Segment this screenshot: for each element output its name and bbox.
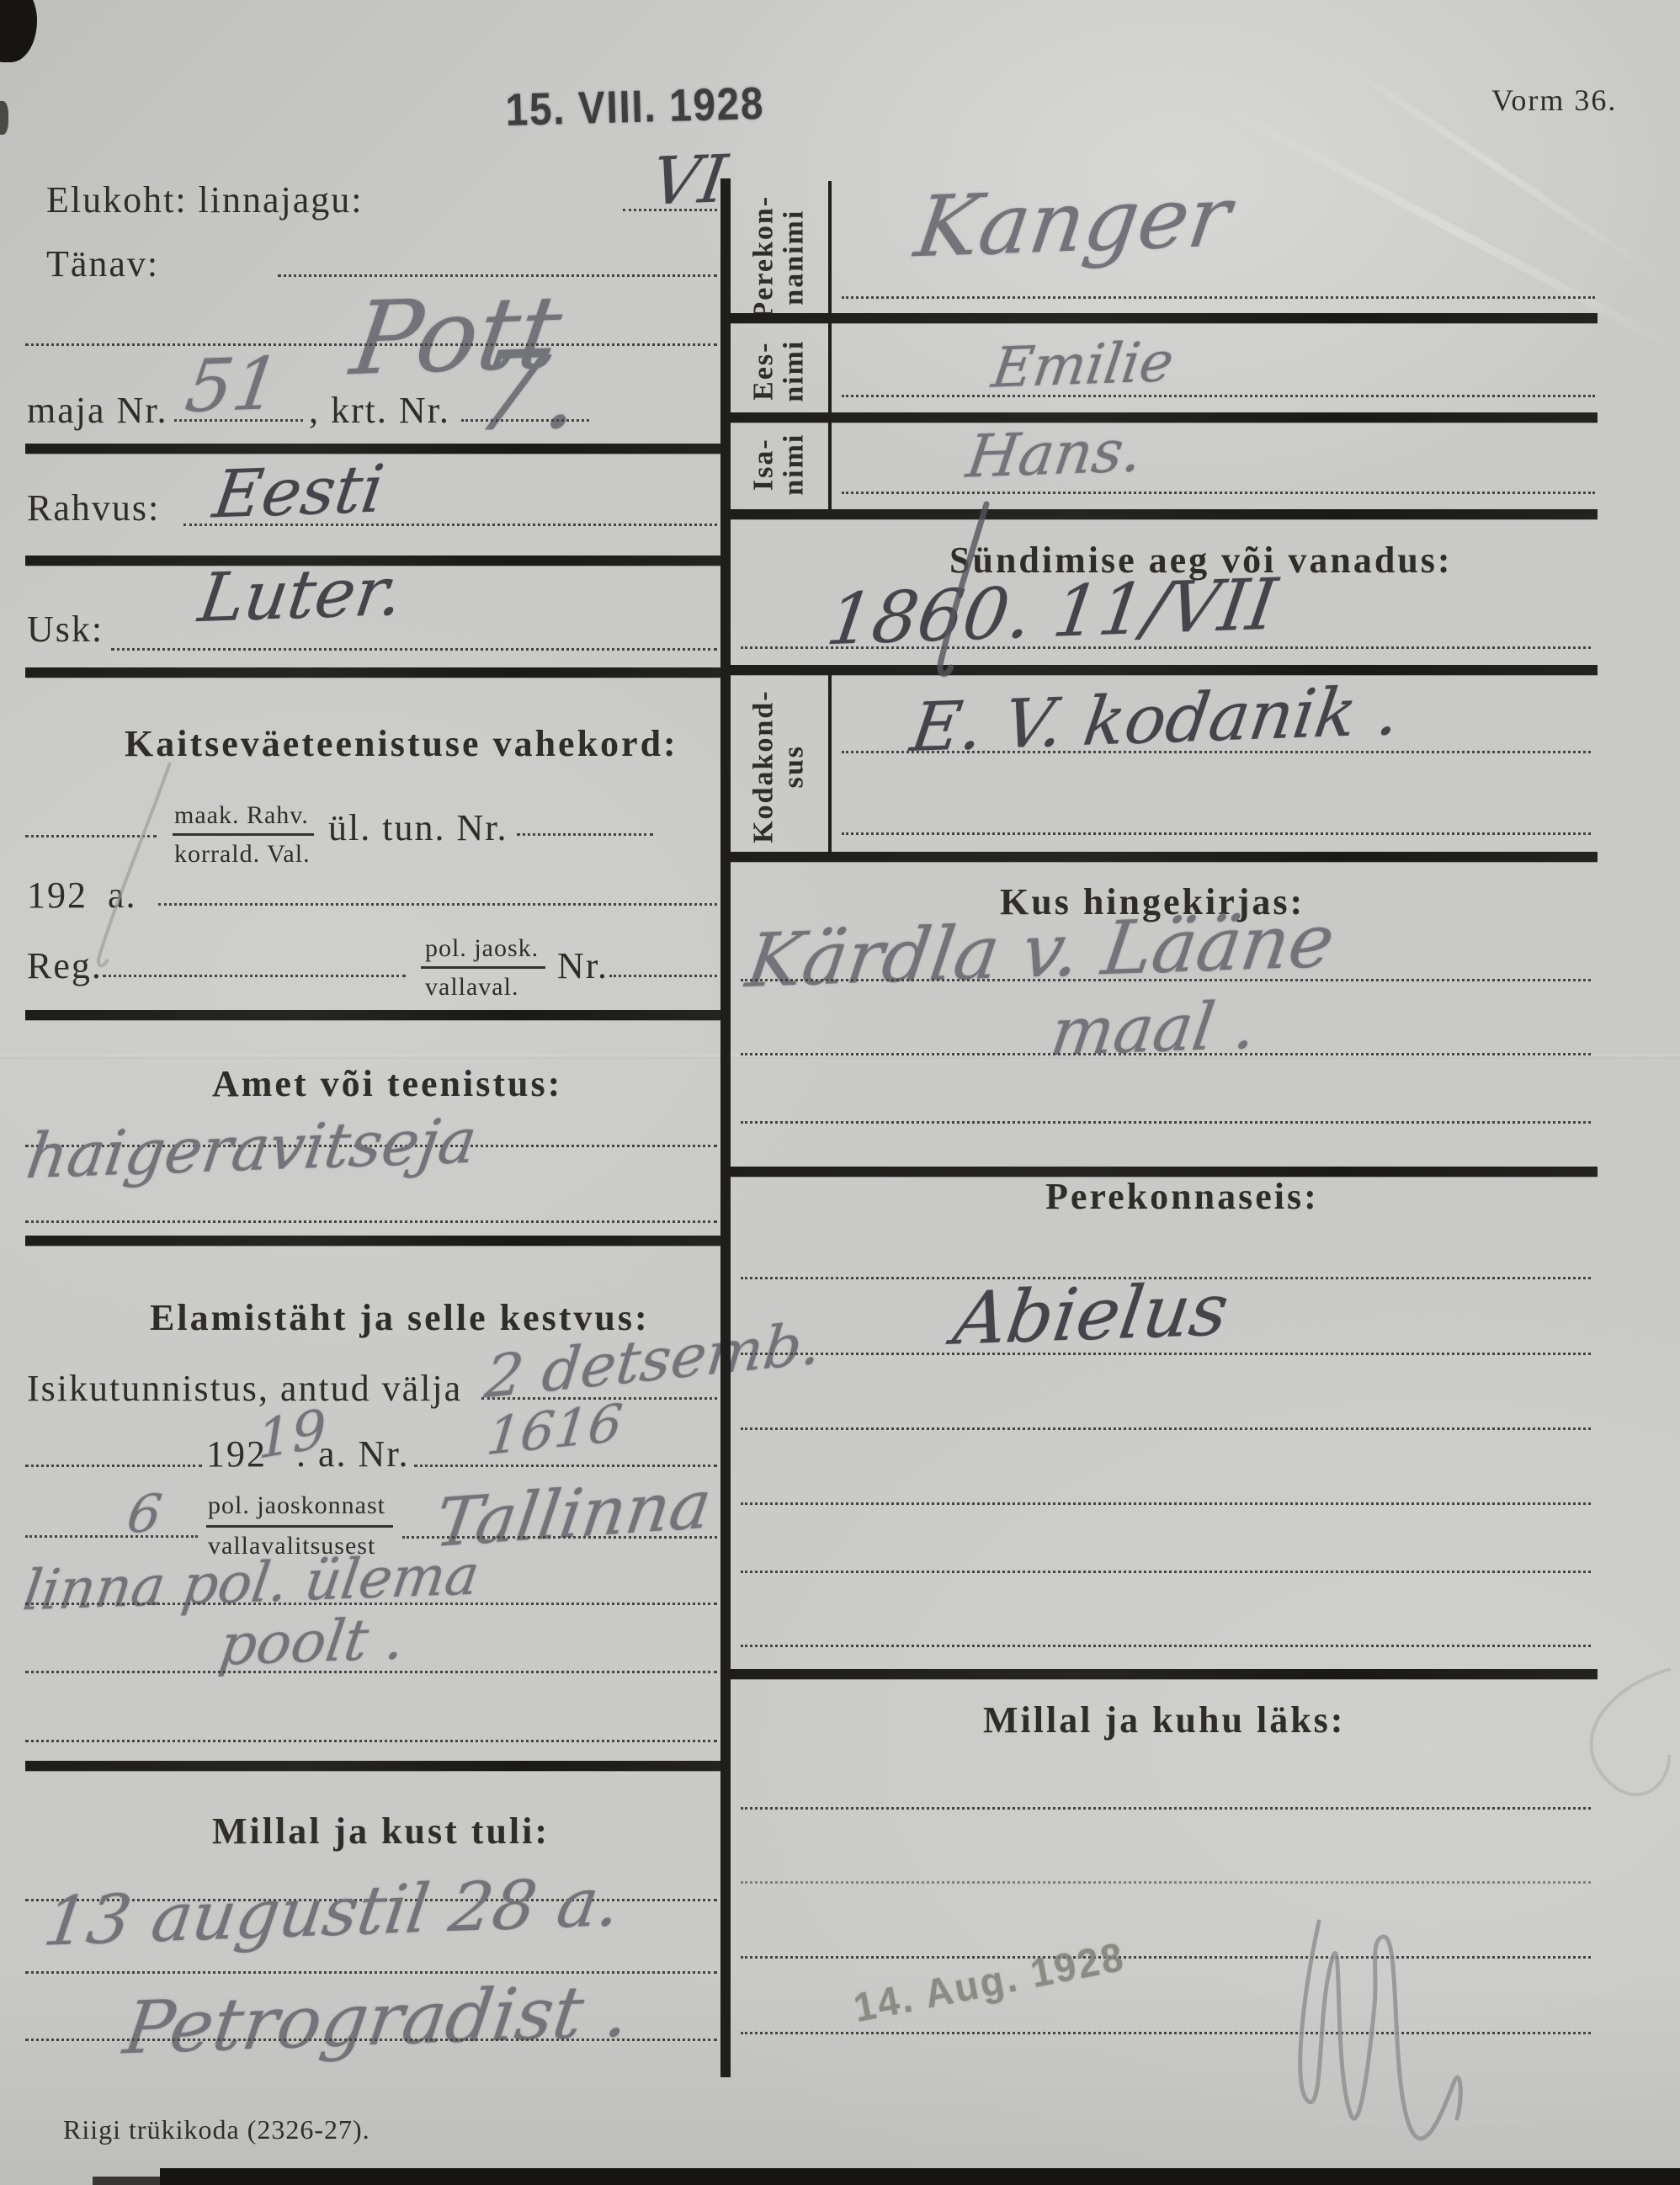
dotted-line [461, 419, 589, 422]
tuli-line2: Petrogradist . [119, 1970, 635, 2071]
dotted-line [609, 975, 717, 977]
isanimi-value: Hans. [963, 416, 1147, 491]
dotted-line [741, 1053, 1591, 1055]
amet-heading: Amet või teenistus: [212, 1062, 562, 1105]
section-divider-bar [25, 1010, 722, 1020]
printer-note: Riigi trükikoda (2326-27). [63, 2114, 370, 2145]
label-cell-divider [828, 323, 832, 412]
section-divider-bar [25, 667, 722, 678]
rahvus-label: Rahvus: [27, 486, 160, 529]
dotted-line [402, 1536, 717, 1539]
perekonnanimi-vertical-label: Perekon- nanimi [748, 186, 808, 329]
signature-scribble [1284, 1906, 1486, 2176]
edge-mark [0, 101, 8, 135]
dotted-line [25, 1740, 717, 1742]
maja-value: 51 [181, 342, 285, 429]
year-printed: 192 [27, 874, 88, 917]
label-cell-divider [828, 423, 832, 509]
tuli-heading: Millal ja kust tuli: [212, 1810, 550, 1853]
eesnimi-value: Emilie [988, 329, 1178, 400]
tanav-label: Tänav: [46, 242, 159, 285]
section-divider-bar [731, 665, 1598, 675]
section-divider-bar [25, 1761, 722, 1771]
maja-label: maja Nr. [27, 389, 168, 432]
usk-label: Usk: [27, 608, 104, 651]
label-cell-divider [828, 675, 832, 852]
maak-fraction-bottom: korrald. Val. [174, 840, 311, 869]
dotted-line [183, 524, 717, 526]
bottom-page-edge [160, 2168, 1680, 2185]
dotted-line [741, 1645, 1591, 1647]
date-stamp-top: 15. VIII. 1928 [505, 77, 765, 136]
dotted-line [842, 395, 1595, 397]
tuli-line1: 13 augustil 28 a. [40, 1863, 625, 1961]
isanimi-vertical-label: Isa- nimi [748, 406, 808, 524]
label-cell-divider [828, 181, 832, 313]
section-divider-bar [731, 412, 1598, 423]
seis-value: Abielus [949, 1268, 1234, 1361]
form-number: Vorm 36. [1491, 82, 1617, 118]
pol-fraction-bottom: vallaval. [425, 973, 518, 1002]
dotted-line [741, 979, 1591, 981]
pencil-loop-mark [1544, 1662, 1679, 1805]
fraction-rule [173, 833, 314, 836]
section-divider-bar [25, 1236, 722, 1246]
krt-value: 7. [466, 325, 589, 456]
pol-nr-label: Nr. [557, 944, 609, 987]
amet-value: haigeravitseja [22, 1105, 481, 1193]
dotted-line [741, 1427, 1591, 1430]
dotted-line [25, 1465, 202, 1467]
maak-fraction-top: maak. Rahv. [174, 801, 309, 830]
jaosk-top: pol. jaoskonnast [208, 1491, 385, 1520]
dotted-line [741, 1807, 1591, 1810]
dotted-line [25, 1220, 717, 1223]
dotted-line [741, 1502, 1591, 1505]
bottom-page-edge-taper [93, 2177, 168, 2185]
dotted-line [741, 646, 1591, 649]
hinge-line2: maal . [1046, 988, 1262, 1071]
date-stamp-bottom: 14. Aug. 1928 [850, 1934, 1129, 2032]
scanned-registration-form: 15. VIII. 1928 Vorm 36. Elukoht: linnaja… [0, 0, 1680, 2185]
dotted-line [174, 419, 303, 422]
kaitse-heading: Kaitseväeteenistuse vahekord: [125, 722, 678, 765]
perekonnanimi-value: Kanger [910, 167, 1236, 277]
section-divider-bar [731, 1669, 1598, 1679]
year2-suffix: . a. Nr. [296, 1433, 410, 1475]
dotted-line [741, 1121, 1591, 1124]
isiku-label: Isikutunnistus, antud välja [27, 1367, 462, 1410]
ul-tun-label: ül. tun. Nr. [328, 806, 508, 849]
section-divider-bar [731, 852, 1598, 862]
pencil-diagonal-mark [84, 758, 185, 976]
dotted-line [517, 833, 653, 836]
dotted-line [25, 1535, 198, 1538]
krt-label: , krt. Nr. [309, 389, 450, 432]
dotted-line [842, 492, 1595, 494]
dotted-line [842, 832, 1591, 835]
fraction-rule [421, 966, 545, 969]
seis-heading: Perekonnaseis: [1045, 1175, 1319, 1218]
rahvus-value: Eesti [209, 452, 388, 534]
fraction-rule [206, 1525, 393, 1528]
laks-heading: Millal ja kuhu läks: [983, 1699, 1345, 1741]
dotted-line [623, 209, 717, 211]
dotted-line [414, 1465, 717, 1467]
dotted-line [111, 648, 717, 651]
kodakondsus-vertical-label: Kodakond- sus [748, 687, 808, 847]
column-divider [720, 178, 731, 2077]
dotted-line [158, 903, 717, 906]
dotted-line [25, 1671, 717, 1673]
dotted-line [741, 1881, 1591, 1884]
elamis-heading: Elamistäht ja selle kestvus: [150, 1296, 650, 1339]
dotted-line [25, 2039, 717, 2041]
usk-value: Luter. [194, 552, 407, 637]
dotted-line [842, 751, 1591, 753]
section-divider-bar [731, 509, 1598, 519]
elukoht-label: Elukoht: linnajagu: [46, 178, 364, 221]
dotted-line [25, 343, 717, 346]
hand-line2: poolt . [215, 1606, 409, 1679]
corner-ink-blot [0, 0, 37, 62]
pol-fraction-top: pol. jaosk. [425, 934, 539, 963]
section-divider-bar [731, 313, 1598, 323]
birthdate-slash-mark [926, 501, 1002, 686]
dotted-line [741, 1571, 1591, 1573]
dotted-line [25, 1603, 717, 1605]
dotted-line [842, 296, 1595, 299]
dotted-line [741, 1353, 1591, 1355]
